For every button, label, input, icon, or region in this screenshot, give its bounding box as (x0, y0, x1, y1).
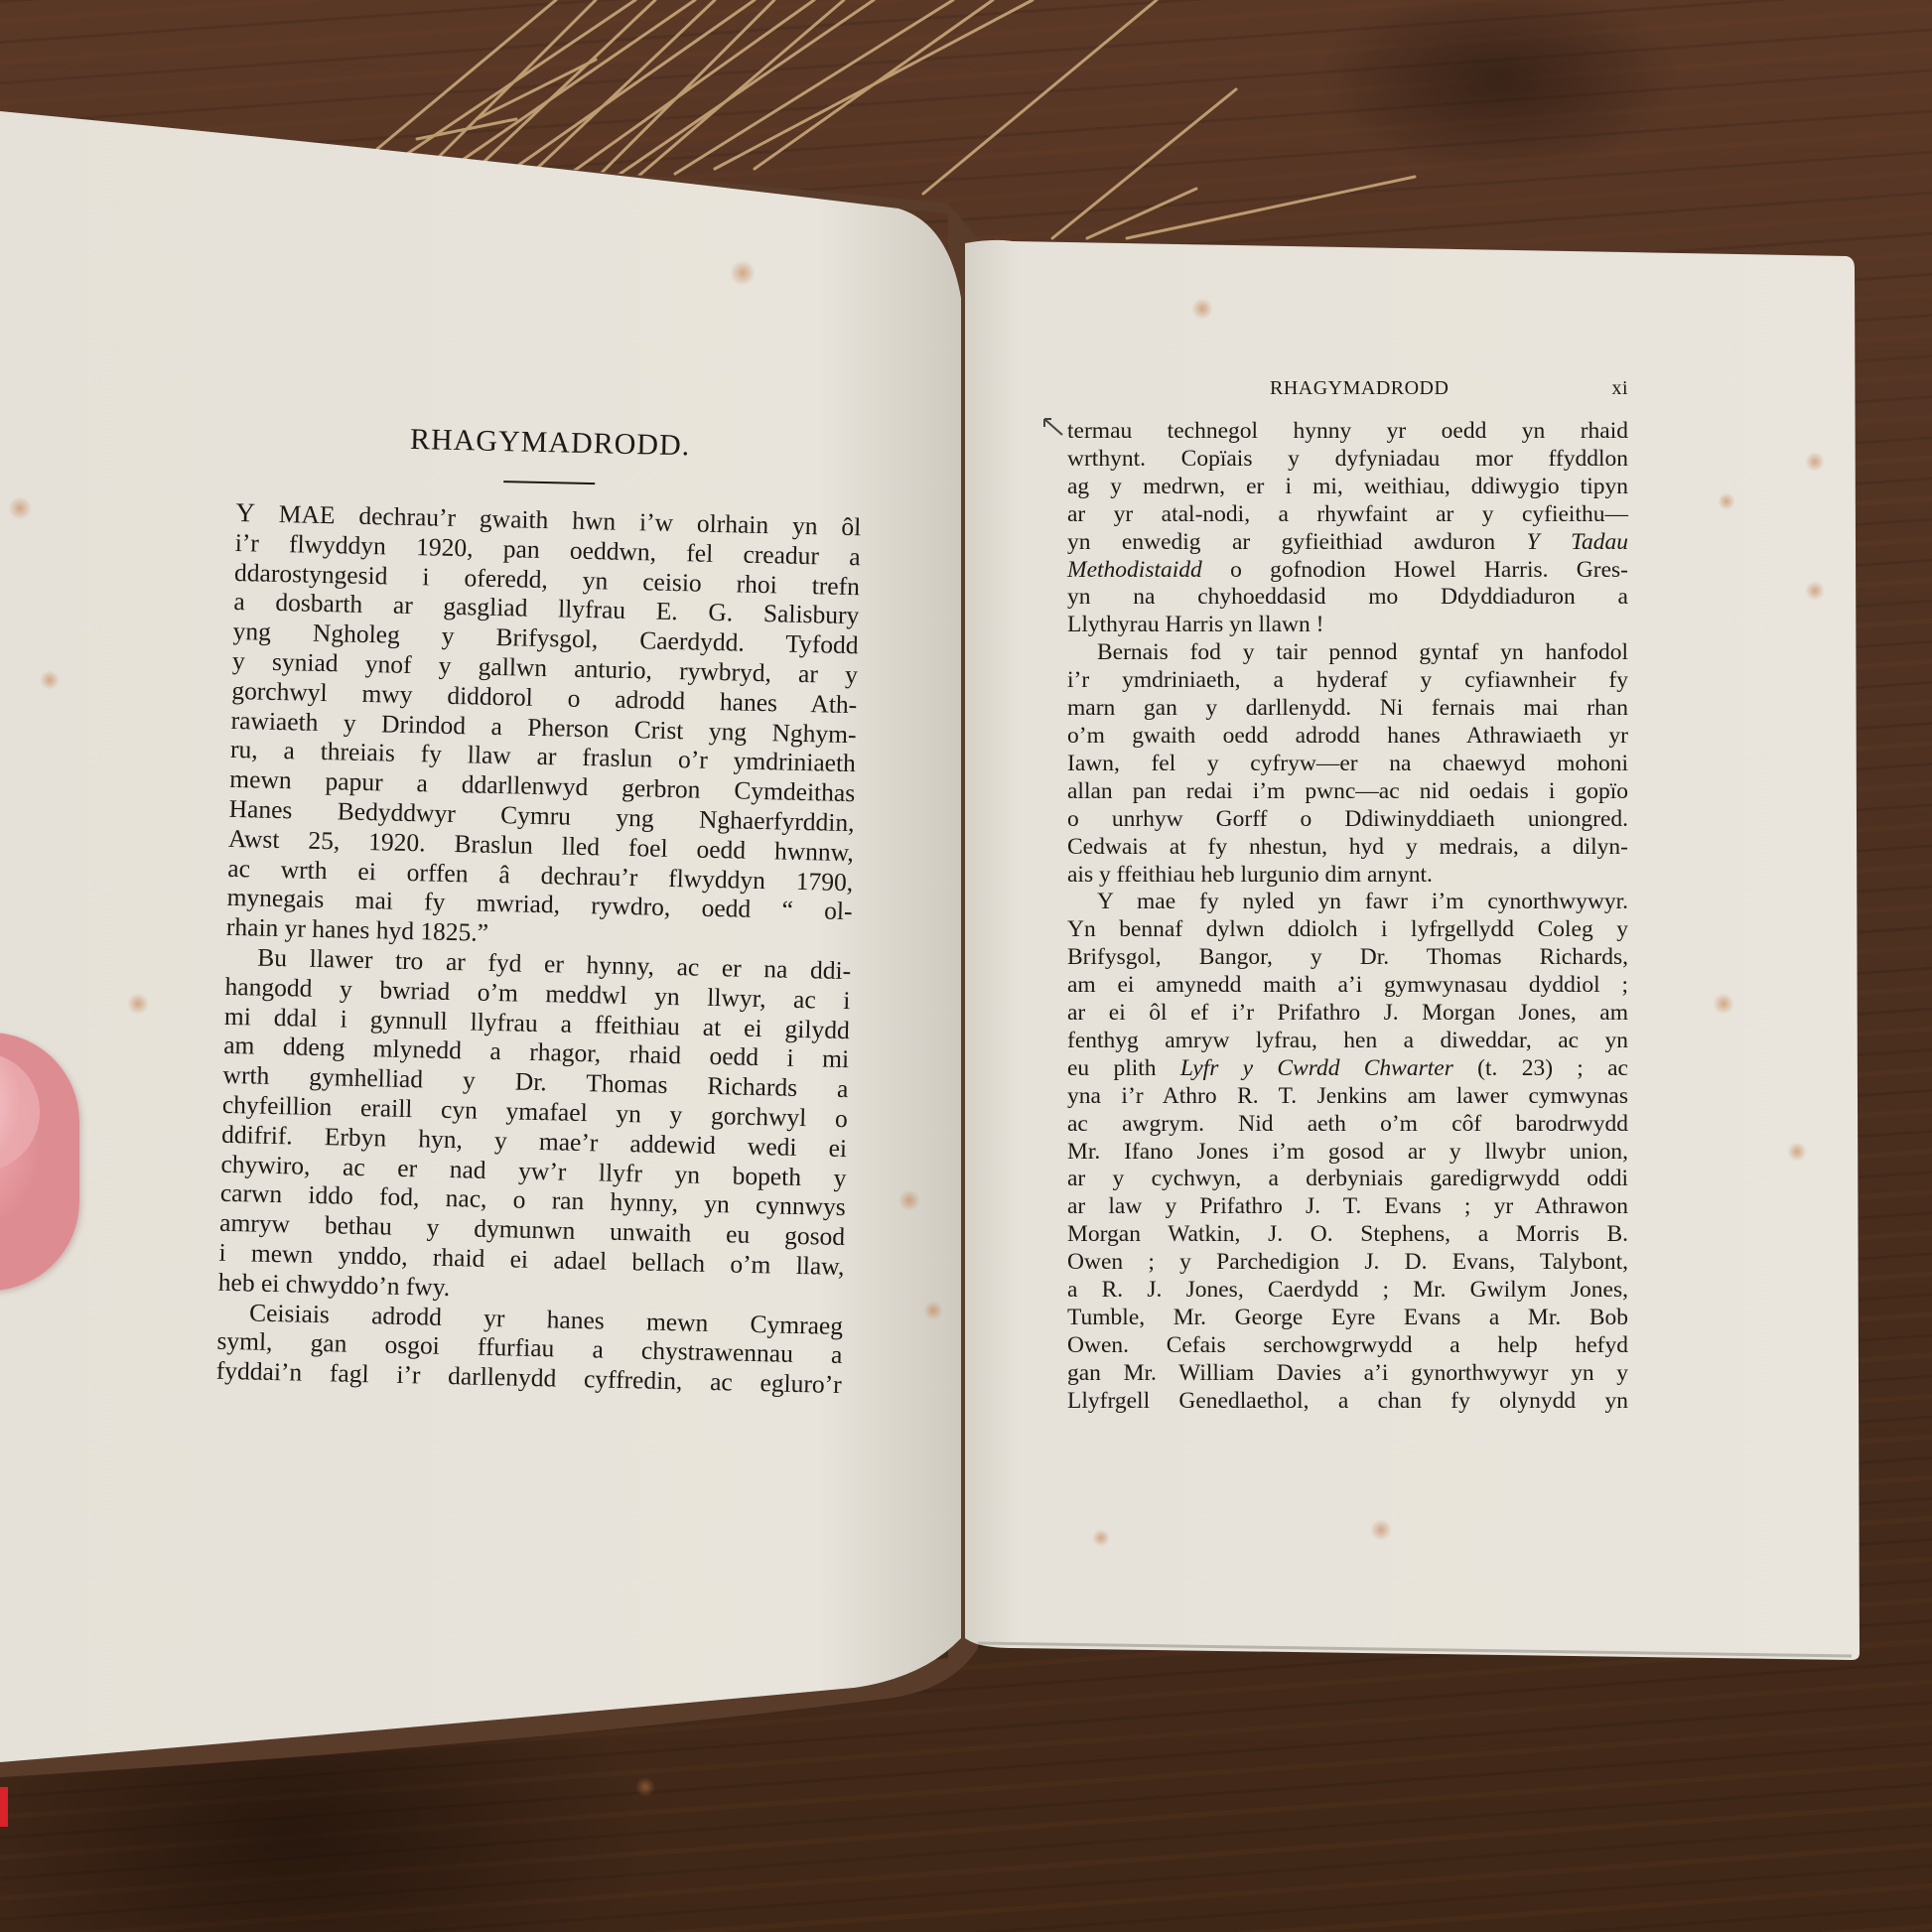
paragraph-3: Ceisiais adrodd yr hanes mewn Cymraeg sy… (215, 1297, 843, 1400)
left-page-text: RHAGYMADRODD. Y MAE dechrau’r gwaith hwn… (215, 401, 863, 1400)
foxing-stain (8, 496, 32, 520)
text-line: Cedwais at fy nhestun, hyd y medrais, a … (1067, 834, 1628, 862)
foxing-stain (1092, 1529, 1110, 1547)
foxing-stain (898, 1189, 920, 1211)
paragraph-2: Bernais fod y tair pennod gyntaf yn hanf… (1067, 639, 1628, 889)
text-line: Morgan Watkin, J. O. Stephens, a Morris … (1067, 1221, 1628, 1249)
text-line: Llythyrau Harris yn llawn ! (1067, 612, 1628, 639)
text-line: ar y cychwyn, a derbyniais garedigrwydd … (1067, 1166, 1628, 1193)
text-line: fenthyg amryw lyfrau, hen a diweddar, ac… (1067, 1028, 1628, 1055)
title-rule-divider (503, 481, 595, 484)
foxing-stain (923, 1301, 943, 1320)
foxing-stain (1191, 298, 1213, 320)
text-line: Mr. Ifano Jones i’m gosod ar y llwybr un… (1067, 1139, 1628, 1167)
text-line: allan pan redai i’m pwnc—ac nid oedais i… (1067, 778, 1628, 806)
text-line: Iawn, fel y cyfryw—er na chaewyd mohoni (1067, 751, 1628, 778)
text-line: Brifysgol, Bangor, y Dr. Thomas Richards… (1067, 944, 1628, 972)
text-line: Y mae fy nyled yn fawr i’m cynorthwywyr. (1067, 889, 1628, 916)
pencil-tick-mark (1042, 417, 1064, 439)
text-line: Yn bennaf dylwn ddiolch i lyfrgellydd Co… (1067, 916, 1628, 944)
paragraph-1: Y MAE dechrau’r gwaith hwn i’w olrhain y… (226, 498, 862, 956)
text-line: gan Mr. William Davies a’i gynorthwywyr … (1067, 1360, 1628, 1388)
text-line: ais y ffeithiau heb lurgunio dim arnynt. (1067, 862, 1628, 890)
text-line: termau technegol hynny yr oedd yn rhaid (1067, 418, 1628, 446)
text-line: o unrhyw Gorff o Ddiwinyddiaeth uniongre… (1067, 806, 1628, 834)
right-page-text: RHAGYMADRODD xi termau technegol hynny y… (1067, 377, 1628, 1416)
text-line: Llyfrgell Genedlaethol, a chan fy olynyd… (1067, 1388, 1628, 1416)
page-number: xi (1611, 377, 1628, 400)
text-line: ac awgrym. Nid aeth o’m côf barodrwydd (1067, 1111, 1628, 1139)
red-object-edge (0, 1787, 8, 1827)
foxing-stain (1370, 1519, 1392, 1541)
foxing-stain (1718, 492, 1735, 510)
foxing-stain (1787, 1142, 1807, 1162)
foxing-stain (40, 670, 60, 690)
foxing-stain (1805, 581, 1825, 601)
foxing-stain (1713, 993, 1734, 1015)
text-line: ag y medrwn, er i mi, weithiau, ddiwygio… (1067, 474, 1628, 501)
text-line: a R. J. Jones, Caerdydd ; Mr. Gwilym Jon… (1067, 1277, 1628, 1305)
running-header: RHAGYMADRODD xi (1067, 377, 1628, 400)
foxing-stain (127, 993, 149, 1015)
text-line: yn na chyhoeddasid mo Ddyddiaduron a (1067, 584, 1628, 612)
text-line: Methodistaidd o gofnodion Howel Harris. … (1067, 557, 1628, 585)
text-line: ar yr atal-nodi, a rhywfaint ar y cyfiei… (1067, 501, 1628, 529)
text-line: yna i’r Athro R. T. Jenkins am lawer cym… (1067, 1083, 1628, 1111)
text-line: eu plith Lyfr y Cwrdd Chwarter (t. 23) ;… (1067, 1055, 1628, 1083)
text-line: ar law y Prifathro J. T. Evans ; yr Athr… (1067, 1193, 1628, 1221)
running-head-title: RHAGYMADRODD (1067, 377, 1611, 400)
chapter-title: RHAGYMADRODD. (237, 419, 864, 467)
paragraph-1: termau technegol hynny yr oedd yn rhaid … (1067, 418, 1628, 639)
text-line: marn gan y darllenydd. Ni fernais mai rh… (1067, 695, 1628, 723)
text-line: wrthynt. Copïais y dyfyniadau mor ffyddl… (1067, 446, 1628, 474)
text-line: Bernais fod y tair pennod gyntaf yn hanf… (1067, 639, 1628, 667)
paragraph-3: Y mae fy nyled yn fawr i’m cynorthwywyr.… (1067, 889, 1628, 1415)
text-line: o’m gwaith oedd adrodd hanes Athrawiaeth… (1067, 723, 1628, 751)
text-line: i’r ymdriniaeth, a hyderaf y cyfiawnheir… (1067, 667, 1628, 695)
foxing-stain (1805, 452, 1825, 472)
text-line: ar ei ôl ef i’r Prifathro J. Morgan Jone… (1067, 1000, 1628, 1028)
paragraph-2: Bu llawer tro ar fyd er hynny, ac er na … (218, 942, 852, 1311)
text-line: Owen ; y Parchedigion J. D. Evans, Talyb… (1067, 1249, 1628, 1277)
text-line: Owen. Cefais serchowgrwydd a help hefyd (1067, 1332, 1628, 1360)
text-line: yn enwedig ar gyfieithiad awduron Y Tada… (1067, 529, 1628, 557)
text-line: Tumble, Mr. George Eyre Evans a Mr. Bob (1067, 1305, 1628, 1332)
foxing-stain (635, 1777, 655, 1797)
foxing-stain (730, 260, 756, 286)
text-line: am ei amynedd maith a’i gymwynasau dyddi… (1067, 972, 1628, 1000)
